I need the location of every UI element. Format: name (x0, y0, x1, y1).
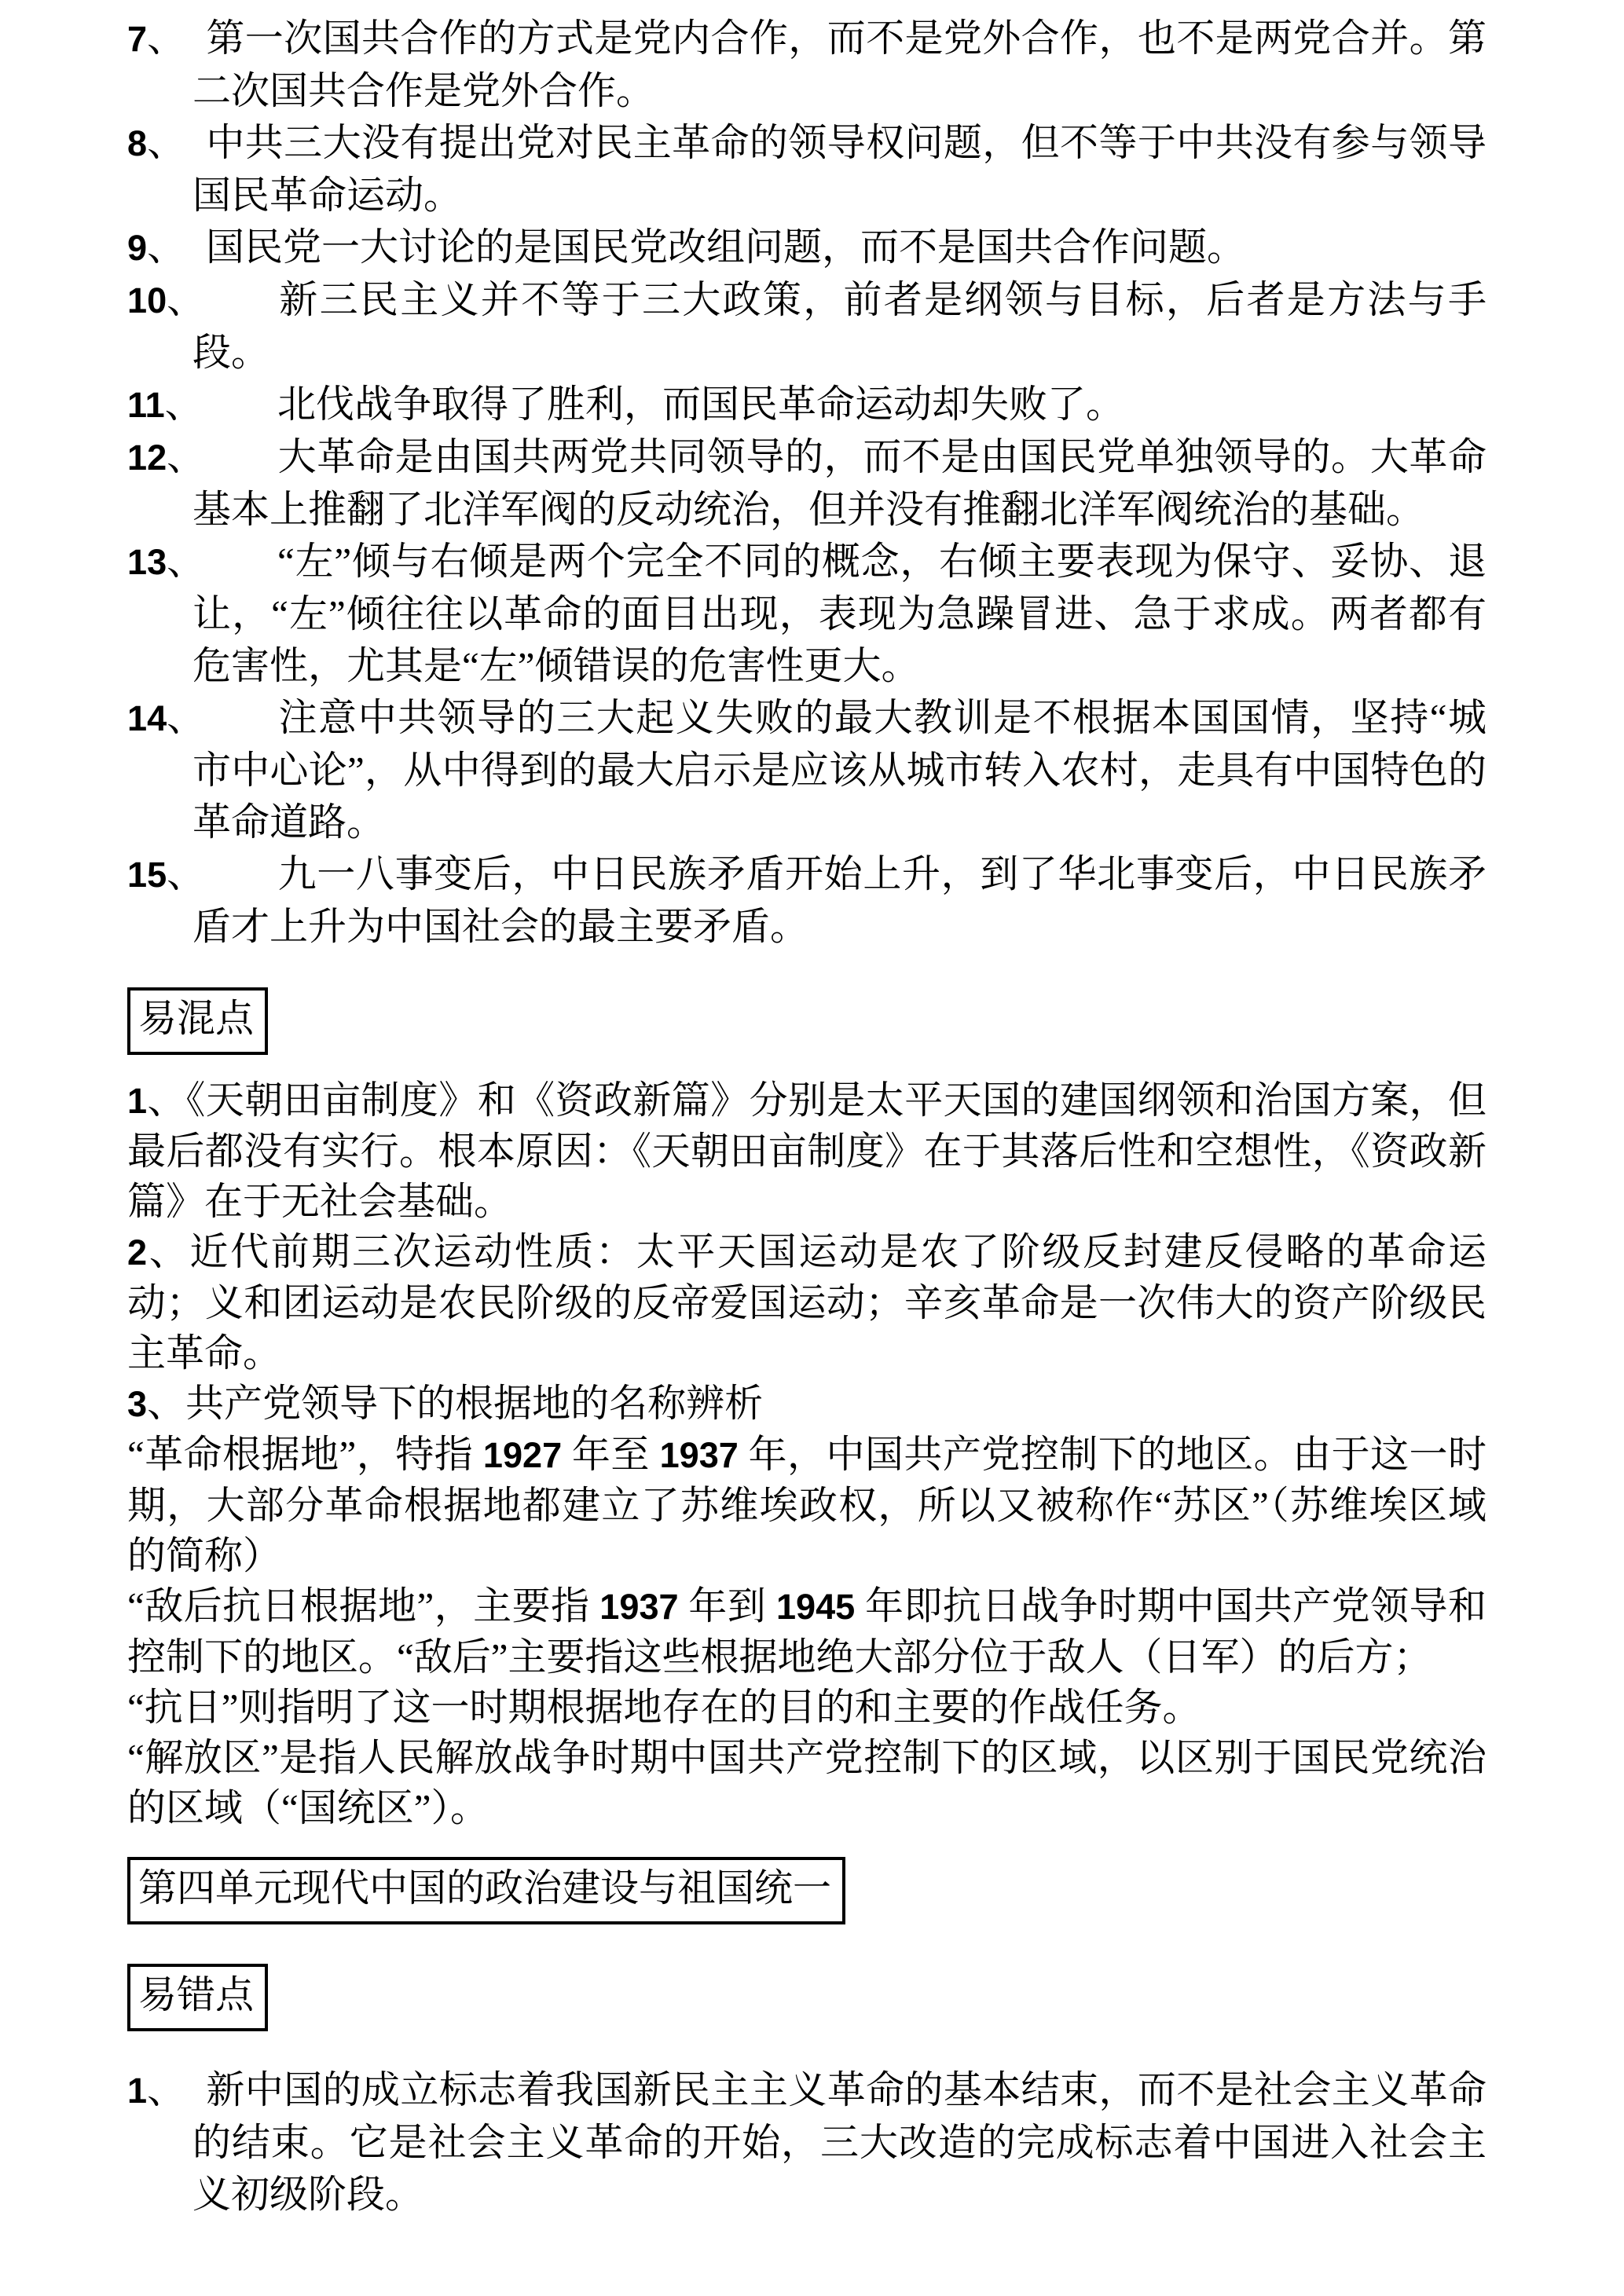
error-points-section: 1、新中国的成立标志着我国新民主主义革命的基本结束，而不是社会主义革命的结束。它… (127, 2064, 1487, 2221)
list-item: 12、大革命是由国共两党共同领导的，而不是由国民党单独领导的。大革命基本上推翻了… (127, 431, 1487, 536)
unit4-heading: 第四单元现代中国的政治建设与祖国统一 (138, 1866, 831, 1910)
list-item-number: 10、 (127, 274, 277, 327)
list-item: 10、新三民主义并不等于三大政策，前者是纲领与目标，后者是方法与手段。 (127, 274, 1487, 379)
list-item: 9、国民党一大讨论的是国民党改组问题，而不是国共合作问题。 (127, 222, 1487, 274)
list-item: 1、新中国的成立标志着我国新民主主义革命的基本结束，而不是社会主义革命的结束。它… (127, 2064, 1487, 2221)
list-item-number: 9、 (127, 222, 206, 274)
list-item-text: 第一次国共合作的方式是党内合作，而不是党外合作，也不是两党合并。第二次国共合作是… (192, 16, 1487, 112)
unit4-heading-box: 第四单元现代中国的政治建设与祖国统一 (127, 1857, 845, 1924)
list-item: 15、九一八事变后，中日民族矛盾开始上升，到了华北事变后，中日民族矛盾才上升为中… (127, 848, 1487, 953)
list-item-text: “左”倾与右倾是两个完全不同的概念，右倾主要表现为保守、妥协、退让，“左”倾往往… (192, 540, 1487, 687)
numbered-notes-list: 7、第一次国共合作的方式是党内合作，而不是党外合作，也不是两党合并。第二次国共合… (127, 13, 1487, 953)
mixed-points-heading: 易混点 (138, 997, 254, 1040)
list-item-text: 新中国的成立标志着我国新民主主义革命的基本结束，而不是社会主义革命的结束。它是社… (192, 2068, 1487, 2216)
list-item-number: 12、 (127, 431, 277, 484)
list-item-text: 中共三大没有提出党对民主革命的领导权问题，但不等于中共没有参与领导国民革命运动。 (192, 121, 1487, 217)
mixed-points-heading-wrap: 易混点 (127, 987, 1487, 1055)
mixed-points-heading-box: 易混点 (127, 987, 268, 1055)
error-points-heading: 易错点 (138, 1973, 254, 2016)
list-item-number: 11、 (127, 379, 277, 431)
paragraph: “革命根据地”，特指 1927 年至 1937 年，中国共产党控制下的地区。由于… (127, 1430, 1487, 1581)
list-item-number: 8、 (127, 117, 206, 170)
paragraph: 2、近代前期三次运动性质：太平天国运动是农了阶级反封建反侵略的革命运动；义和团运… (127, 1227, 1487, 1379)
list-item-number: 7、 (127, 13, 206, 65)
list-item: 11、北伐战争取得了胜利，而国民革命运动却失败了。 (127, 379, 1487, 431)
paragraph: 1、《天朝田亩制度》和《资政新篇》分别是太平天国的建国纲领和治国方案，但最后都没… (127, 1075, 1487, 1227)
list-item: 8、中共三大没有提出党对民主革命的领导权问题，但不等于中共没有参与领导国民革命运… (127, 117, 1487, 222)
list-item-text: 大革命是由国共两党共同领导的，而不是由国民党单独领导的。大革命基本上推翻了北洋军… (192, 435, 1487, 531)
unit4-heading-wrap: 第四单元现代中国的政治建设与祖国统一 (127, 1857, 1487, 1924)
list-item-number: 15、 (127, 848, 277, 901)
error-points-heading-box: 易错点 (127, 1964, 268, 2031)
paragraph: “解放区”是指人民解放战争时期中国共产党控制下的区域，以区别于国民党统治的区域（… (127, 1733, 1487, 1833)
list-item-text: 新三民主义并不等于三大政策，前者是纲领与目标，后者是方法与手段。 (192, 278, 1487, 374)
document-page: 7、第一次国共合作的方式是党内合作，而不是党外合作，也不是两党合并。第二次国共合… (0, 0, 1624, 2296)
list-item: 13、“左”倾与右倾是两个完全不同的概念，右倾主要表现为保守、妥协、退让，“左”… (127, 536, 1487, 692)
list-item: 7、第一次国共合作的方式是党内合作，而不是党外合作，也不是两党合并。第二次国共合… (127, 13, 1487, 117)
list-item-text: 九一八事变后，中日民族矛盾开始上升，到了华北事变后，中日民族矛盾才上升为中国社会… (192, 852, 1487, 948)
list-item: 14、注意中共领导的三大起义失败的最大教训是不根据本国国情，坚持“城市中心论”，… (127, 692, 1487, 848)
list-item-text: 北伐战争取得了胜利，而国民革命运动却失败了。 (277, 383, 1124, 426)
list-item-text: 注意中共领导的三大起义失败的最大教训是不根据本国国情，坚持“城市中心论”，从中得… (192, 696, 1487, 844)
mixed-points-section: 1、《天朝田亩制度》和《资政新篇》分别是太平天国的建国纲领和治国方案，但最后都没… (127, 1075, 1487, 1833)
paragraph: “敌后抗日根据地”，主要指 1937 年到 1945 年即抗日战争时期中国共产党… (127, 1581, 1487, 1683)
list-item-text: 国民党一大讨论的是国民党改组问题，而不是国共合作问题。 (206, 225, 1245, 269)
list-item-number: 13、 (127, 536, 277, 588)
error-points-heading-wrap: 易错点 (127, 1964, 1487, 2031)
list-item-number: 1、 (127, 2064, 206, 2117)
paragraph: “抗日”则指明了这一时期根据地存在的目的和主要的作战任务。 (127, 1683, 1487, 1733)
list-item-number: 14、 (127, 692, 277, 745)
paragraph: 3、共产党领导下的根据地的名称辨析 (127, 1379, 1487, 1430)
